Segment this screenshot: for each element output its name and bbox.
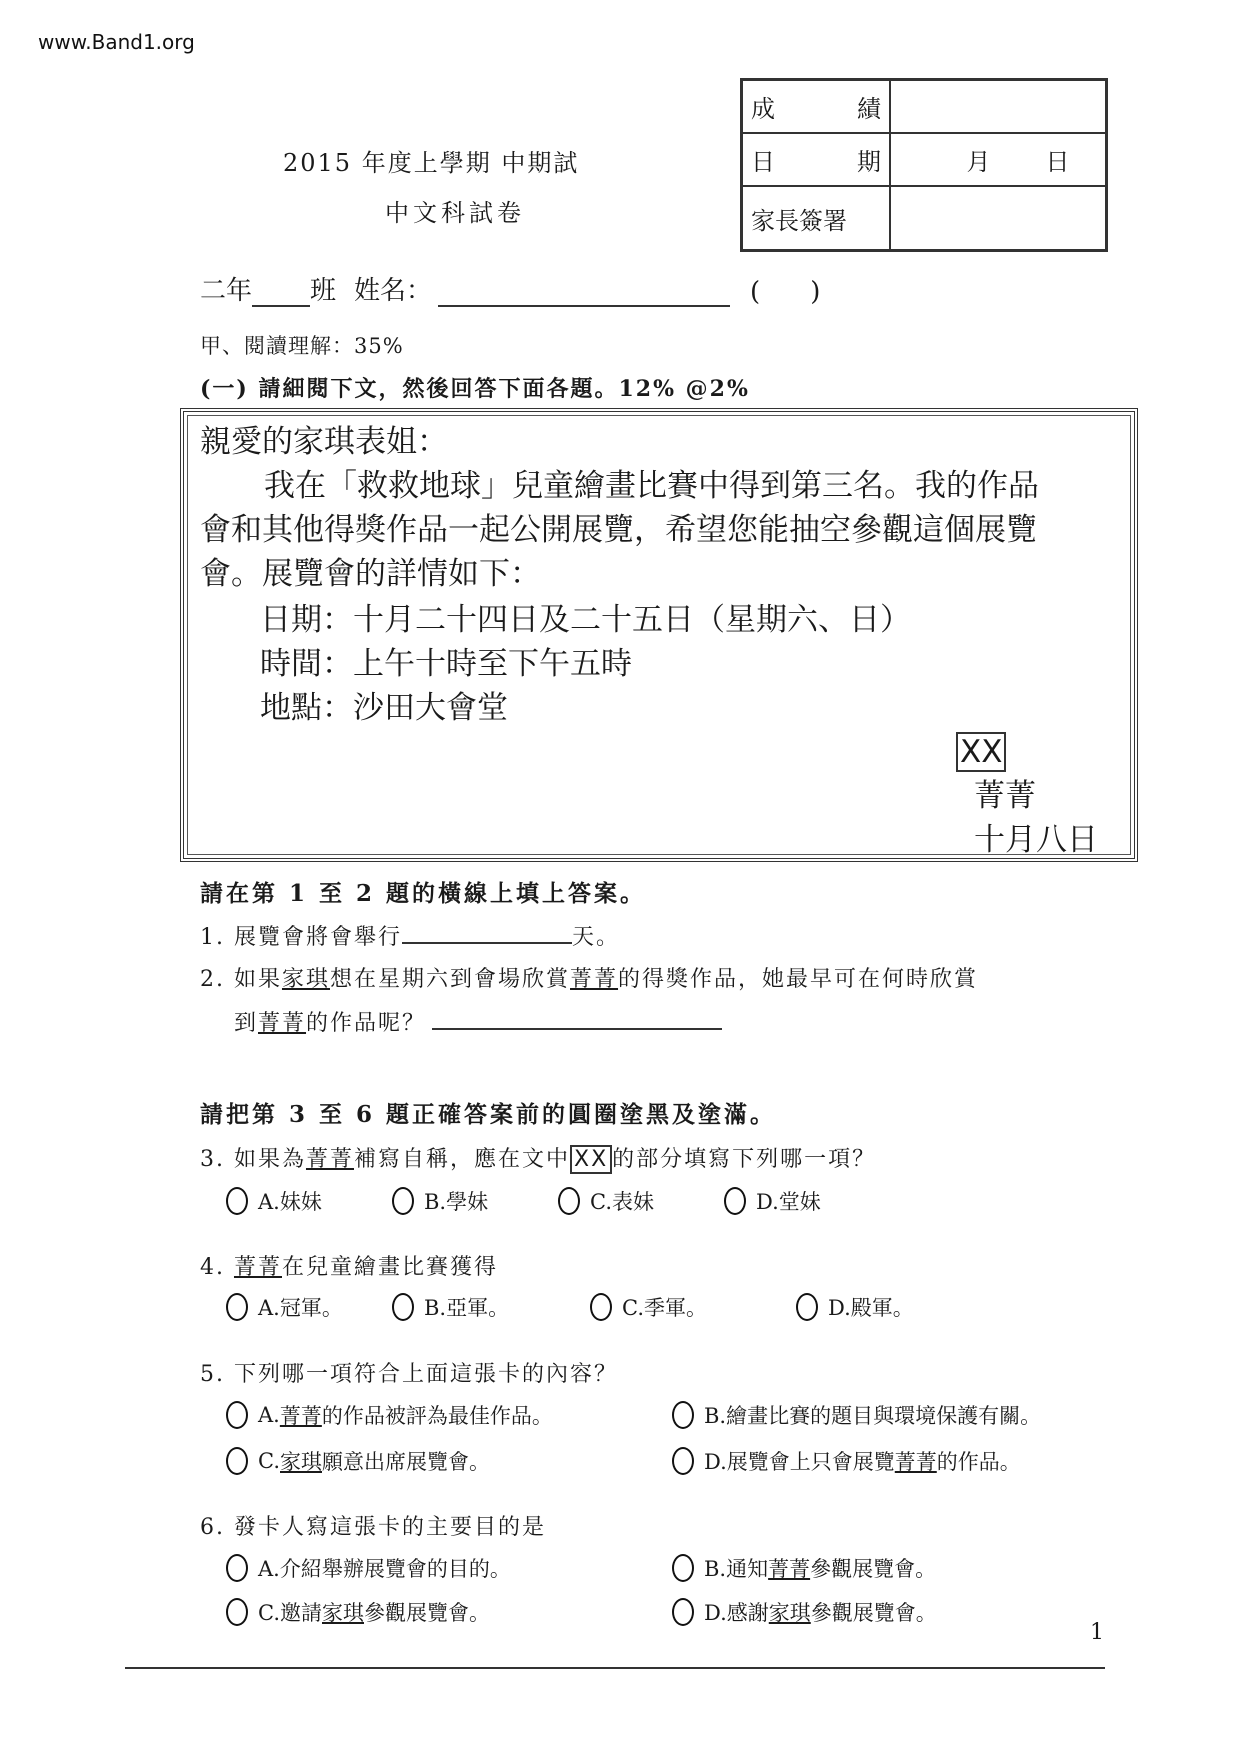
q5-option-d[interactable]: D.展覽會上只會展覽菁菁的作品。 <box>672 1446 1021 1476</box>
q5-option-c[interactable]: C.家琪願意出席展覽會。 <box>226 1446 490 1476</box>
q6-option-b[interactable]: B.通知菁菁參觀展覽會。 <box>672 1553 936 1583</box>
q6-option-a[interactable]: A.介紹舉辦展覽會的目的。 <box>226 1553 511 1583</box>
letter-greeting: 親愛的家琪表姐： <box>200 420 448 464</box>
radio-circle-icon[interactable] <box>590 1293 612 1321</box>
name-field[interactable] <box>438 279 730 307</box>
score-table: 成績 日期 月日 家長簽署 <box>740 78 1108 252</box>
q3-option-b[interactable]: B.學妹 <box>392 1186 488 1216</box>
day-label: 日 <box>1046 142 1070 177</box>
date-field[interactable]: 月日 <box>890 133 1107 186</box>
radio-circle-icon[interactable] <box>558 1187 580 1215</box>
site-watermark: www.Band1.org <box>38 30 195 54</box>
score-field[interactable] <box>890 80 1107 134</box>
radio-circle-icon[interactable] <box>226 1554 248 1582</box>
radio-circle-icon[interactable] <box>392 1293 414 1321</box>
part2-instruction: 請把第 3 至 6 題正確答案前的圓圈塗黑及塗滿。 <box>200 1096 776 1129</box>
radio-circle-icon[interactable] <box>226 1293 248 1321</box>
radio-circle-icon[interactable] <box>796 1293 818 1321</box>
q1-answer-field[interactable] <box>402 920 572 944</box>
month-label: 月 <box>967 142 991 177</box>
passage-instruction: (一) 請細閱下文，然後回答下面各題。12% @2% <box>200 372 750 403</box>
q4-option-c[interactable]: C.季軍。 <box>590 1292 707 1322</box>
radio-circle-icon[interactable] <box>672 1401 694 1429</box>
q4-option-a[interactable]: A.冠軍。 <box>226 1292 343 1322</box>
q4-option-d[interactable]: D.殿軍。 <box>796 1292 914 1322</box>
page-number: 1 <box>1090 1620 1104 1645</box>
question-3: 3. 如果為菁菁補寫自稱，應在文中XX的部分填寫下列哪一項？ <box>200 1142 876 1173</box>
exam-title: 2015 年度上學期 中期試 <box>283 143 579 178</box>
q2-answer-field[interactable] <box>432 1006 722 1030</box>
letter-date: 日期：十月二十四日及二十五日（星期六、日） <box>260 598 911 642</box>
letter-line: 會。展覽會的詳情如下： <box>200 552 541 596</box>
letter-place: 地點：沙田大會堂 <box>260 686 508 730</box>
number-open-paren: ( <box>750 277 760 307</box>
number-close-paren: ) <box>810 277 820 307</box>
letter-sign-date: 十月八日 <box>974 818 1098 862</box>
question-2-cont: 到菁菁的作品呢？ <box>234 1006 722 1037</box>
date-label-1: 日 <box>751 142 775 177</box>
letter-passage: 親愛的家琪表姐： 我在「救救地球」兒童繪畫比賽中得到第三名。我的作品 會和其他得… <box>180 408 1138 862</box>
q6-option-d[interactable]: D.感謝家琪參觀展覽會。 <box>672 1597 937 1627</box>
q5-option-b[interactable]: B.繪畫比賽的題目與環境保護有關。 <box>672 1400 1041 1430</box>
section-title: 甲、閱讀理解：35% <box>200 330 404 360</box>
part1-instruction: 請在第 1 至 2 題的橫線上填上答案。 <box>200 875 646 908</box>
parent-signature-field[interactable] <box>890 186 1107 251</box>
radio-circle-icon[interactable] <box>226 1187 248 1215</box>
q5-option-a[interactable]: A.菁菁的作品被評為最佳作品。 <box>226 1400 553 1430</box>
date-label: 日期 <box>742 133 891 186</box>
class-field[interactable] <box>252 279 310 307</box>
q6-option-c[interactable]: C.邀請家琪參觀展覽會。 <box>226 1597 490 1627</box>
q3-option-c[interactable]: C.表妹 <box>558 1186 654 1216</box>
parent-signature-label: 家長簽署 <box>742 186 891 251</box>
radio-circle-icon[interactable] <box>672 1554 694 1582</box>
radio-circle-icon[interactable] <box>392 1187 414 1215</box>
score-label: 成績 <box>742 80 891 134</box>
footer-divider <box>125 1667 1105 1669</box>
student-info-line: 二年 班 姓名： ( ) <box>200 270 820 307</box>
radio-circle-icon[interactable] <box>672 1598 694 1626</box>
question-5: 5. 下列哪一項符合上面這張卡的內容？ <box>200 1357 618 1388</box>
radio-circle-icon[interactable] <box>724 1187 746 1215</box>
radio-circle-icon[interactable] <box>226 1447 248 1475</box>
question-2: 2. 如果家琪想在星期六到會場欣賞菁菁的得獎作品，她最早可在何時欣賞 <box>200 962 978 993</box>
question-1: 1. 展覽會將會舉行天。 <box>200 920 620 951</box>
radio-circle-icon[interactable] <box>672 1447 694 1475</box>
name-label: 姓名： <box>354 270 432 307</box>
score-label-2: 績 <box>857 89 881 124</box>
letter-time: 時間：上午十時至下午五時 <box>260 642 632 686</box>
letter-signature: 菁菁 <box>974 774 1036 818</box>
q3-option-a[interactable]: A.妹妹 <box>226 1186 322 1216</box>
radio-circle-icon[interactable] <box>226 1401 248 1429</box>
radio-circle-icon[interactable] <box>226 1598 248 1626</box>
q4-option-b[interactable]: B.亞軍。 <box>392 1292 509 1322</box>
question-4: 4. 菁菁在兒童繪畫比賽獲得 <box>200 1250 498 1281</box>
letter-line: 我在「救救地球」兒童繪畫比賽中得到第三名。我的作品 <box>264 464 1039 508</box>
letter-line: 會和其他得獎作品一起公開展覽，希望您能抽空參觀這個展覽 <box>200 508 1037 552</box>
date-label-2: 期 <box>857 142 881 177</box>
question-6: 6. 發卡人寫這張卡的主要目的是 <box>200 1510 546 1541</box>
q3-option-d[interactable]: D.堂妹 <box>724 1186 821 1216</box>
exam-subject: 中文科試卷 <box>385 193 525 228</box>
class-label: 班 <box>310 270 336 307</box>
score-label-1: 成 <box>751 89 775 124</box>
grade-label: 二年 <box>200 270 252 307</box>
sender-placeholder-box: XX <box>956 732 1006 772</box>
